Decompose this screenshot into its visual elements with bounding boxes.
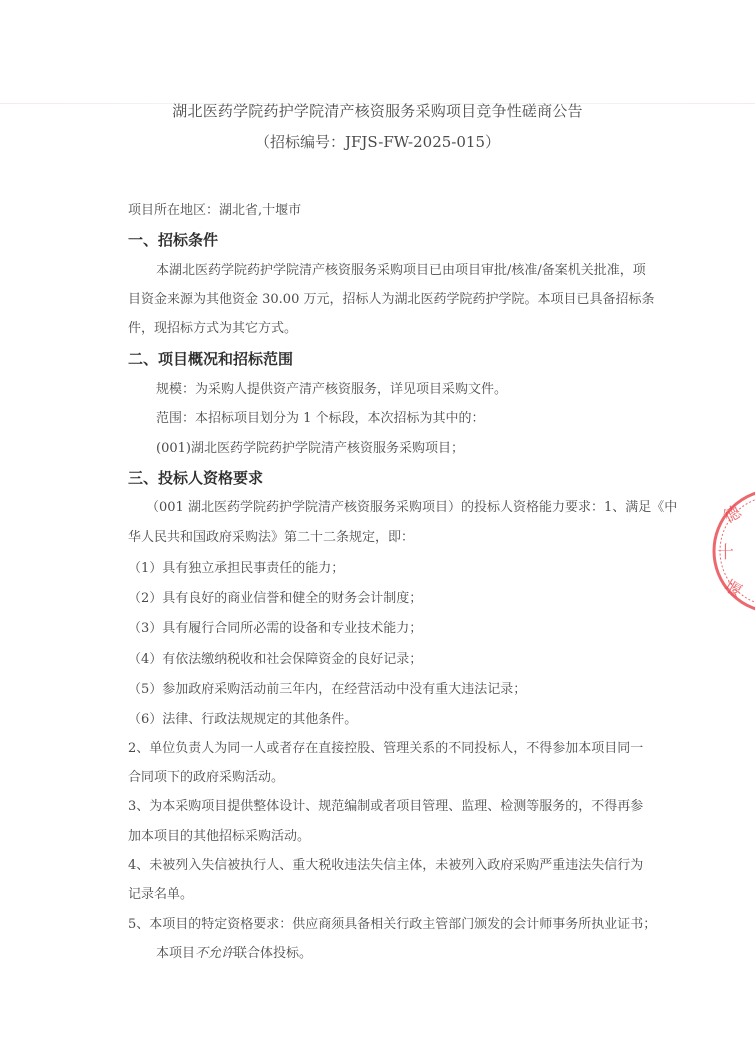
paragraph-line: 华人民共和国政府采购法》第二十二条规定，即：: [128, 530, 414, 546]
list-item: （5）参加政府采购活动前三年内，在经营活动中没有重大违法记录；: [128, 682, 526, 698]
consortium-suffix: 联合体投标。: [234, 946, 312, 961]
section-heading-bidder-qualifications: 三、投标人资格要求: [128, 469, 263, 487]
svg-text:堰: 堰: [720, 576, 745, 602]
paragraph-line: 规模：为采购人提供资产清产核资服务，详见项目采购文件。: [156, 382, 507, 398]
paragraph-line: 范围：本招标项目划分为 1 个标段，本次招标为其中的：: [156, 411, 485, 427]
paragraph-line: 加本项目的其他招标采购活动。: [128, 829, 310, 845]
consortium-emphasis: 不允许: [195, 946, 234, 961]
list-item: （1）具有独立承担民事责任的能力；: [128, 561, 344, 577]
seal-char-shi: 十: [717, 543, 734, 563]
paragraph-line: 2、单位负责人为同一人或者存在直接控股、管理关系的不同投标人，不得参加本项目同一: [128, 741, 643, 757]
list-item: （4）有依法缴纳税收和社会保障资金的良好记录；: [128, 652, 422, 668]
paragraph-line: 本湖北医药学院药护学院清产核资服务采购项目已由项目审批/核准/备案机关批准，项: [156, 263, 646, 279]
section-heading-project-scope: 二、项目概况和招标范围: [128, 350, 293, 368]
paragraph-line: 目资金来源为其他资金 30.00 万元，招标人为湖北医药学院药护学院。本项目已具…: [128, 292, 654, 308]
paragraph-line: （001 湖北医药学院药护学院清产核资服务采购项目）的投标人资格能力要求：1、满…: [146, 500, 677, 516]
consortium-statement: 本项目不允许联合体投标。: [156, 946, 312, 962]
paragraph-line: 合同项下的政府采购活动。: [128, 770, 284, 786]
consortium-prefix: 本项目: [156, 946, 195, 961]
list-item: （3）具有履行合同所必需的设备和专业技术能力；: [128, 621, 422, 637]
paragraph-line: 3、为本采购项目提供整体设计、规范编制或者项目管理、监理、检测等服务的，不得再参: [128, 799, 643, 815]
tender-number: （招标编号：JFJS-FW-2025-015）: [0, 131, 755, 152]
svg-text:德: 德: [720, 501, 746, 527]
paragraph-line: (001)湖北医药学院药护学院清产核资服务采购项目；: [156, 441, 464, 457]
paragraph-line: 4、未被列入失信被执行人、重大税收违法失信主体，未被列入政府采购严重违法失信行为: [128, 858, 643, 874]
paragraph-line: 5、本项目的特定资格要求：供应商须具备相关行政主管部门颁发的会计师事务所执业证书…: [128, 917, 656, 933]
list-item: （2）具有良好的商业信誉和健全的财务会计制度；: [128, 591, 422, 607]
paragraph-line: 记录名单。: [128, 887, 193, 903]
paragraph-line: 件，现招标方式为其它方式。: [128, 321, 297, 337]
document-page: 湖北医药学院药护学院清产核资服务采购项目竞争性磋商公告 （招标编号：JFJS-F…: [0, 0, 755, 1063]
official-seal-stamp: 德 十 堰: [711, 487, 755, 615]
section-heading-tender-conditions: 一、招标条件: [128, 231, 218, 249]
document-title: 湖北医药学院药护学院清产核资服务采购项目竞争性磋商公告: [0, 100, 755, 121]
project-region: 项目所在地区：湖北省,十堰市: [128, 203, 301, 219]
list-item: （6）法律、行政法规规定的其他条件。: [128, 712, 357, 728]
